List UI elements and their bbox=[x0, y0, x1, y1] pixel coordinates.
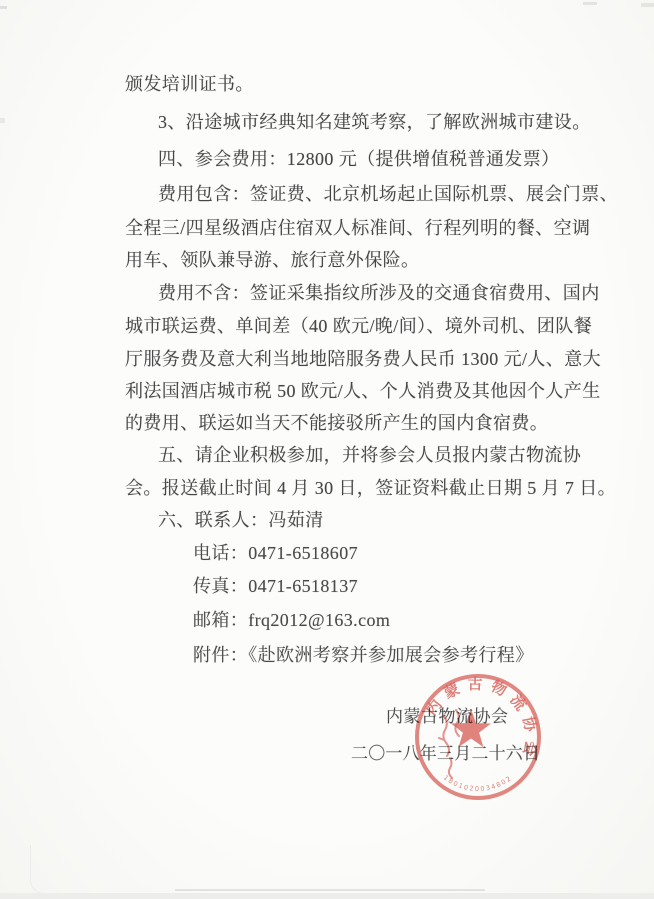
doc-line: 会。报送截止时间 4 月 30 日，签证资料截止日期 5 月 7 日。 bbox=[125, 477, 595, 501]
scan-artifact bbox=[30, 845, 111, 894]
contact-email-line: 邮箱：frq2012@163.com bbox=[193, 609, 593, 633]
scan-artifact bbox=[175, 889, 485, 891]
scanned-page: 颁发培训证书。 3、沿途城市经典知名建筑考察，了解欧洲城市建设。 四、参会费用：… bbox=[0, 0, 654, 899]
scan-artifact bbox=[0, 893, 654, 899]
scan-artifact bbox=[583, 2, 597, 5]
doc-line: 五、请企业积极参加，并将参会人员报内蒙古物流协 bbox=[125, 444, 628, 468]
contact-attachment-line: 附件：《赴欧洲考察并参加展会参考行程》 bbox=[193, 644, 593, 668]
seal-star-icon bbox=[451, 709, 491, 747]
doc-line: 全程三/四星级酒店住宿双人标准间、行程列明的餐、空调 bbox=[125, 217, 595, 241]
contact-fax-line: 传真：0471-6518137 bbox=[193, 575, 593, 599]
doc-line: 六、联系人：冯茹清 bbox=[125, 509, 628, 533]
scan-artifact bbox=[0, 6, 7, 9]
seal-serial-number: 1801020034802 bbox=[442, 774, 514, 793]
scan-artifact bbox=[641, 3, 654, 7]
contact-phone-line: 电话：0471-6518607 bbox=[193, 542, 593, 566]
doc-line: 厅服务费及意大利当地地陪服务费人民币 1300 元/人、意大 bbox=[125, 348, 595, 372]
doc-line: 城市联运费、单间差（40 欧元/晚/间）、境外司机、团队餐 bbox=[125, 315, 595, 339]
scan-artifact bbox=[0, 118, 5, 123]
doc-line: 四、参会费用：12800 元（提供增值税普通发票） bbox=[125, 148, 628, 172]
seal-mongolian-script bbox=[439, 710, 459, 778]
doc-line: 费用包含：签证费、北京机场起止国际机票、展会门票、 bbox=[125, 183, 628, 207]
official-seal: 内蒙古物流协会 1801020034802 bbox=[408, 666, 548, 808]
doc-line: 颁发培训证书。 bbox=[125, 73, 595, 97]
doc-line: 费用不含：签证采集指纹所涉及的交通食宿费用、国内 bbox=[125, 282, 628, 306]
doc-line: 的费用、联运如当天不能接驳所产生的国内食宿费。 bbox=[125, 412, 595, 436]
doc-line: 利法国酒店城市税 50 欧元/人、个人消费及其他因个人产生 bbox=[125, 380, 595, 404]
doc-line: 3、沿途城市经典知名建筑考察，了解欧洲城市建设。 bbox=[125, 111, 628, 135]
doc-line: 用车、领队兼导游、旅行意外保险。 bbox=[125, 249, 595, 273]
